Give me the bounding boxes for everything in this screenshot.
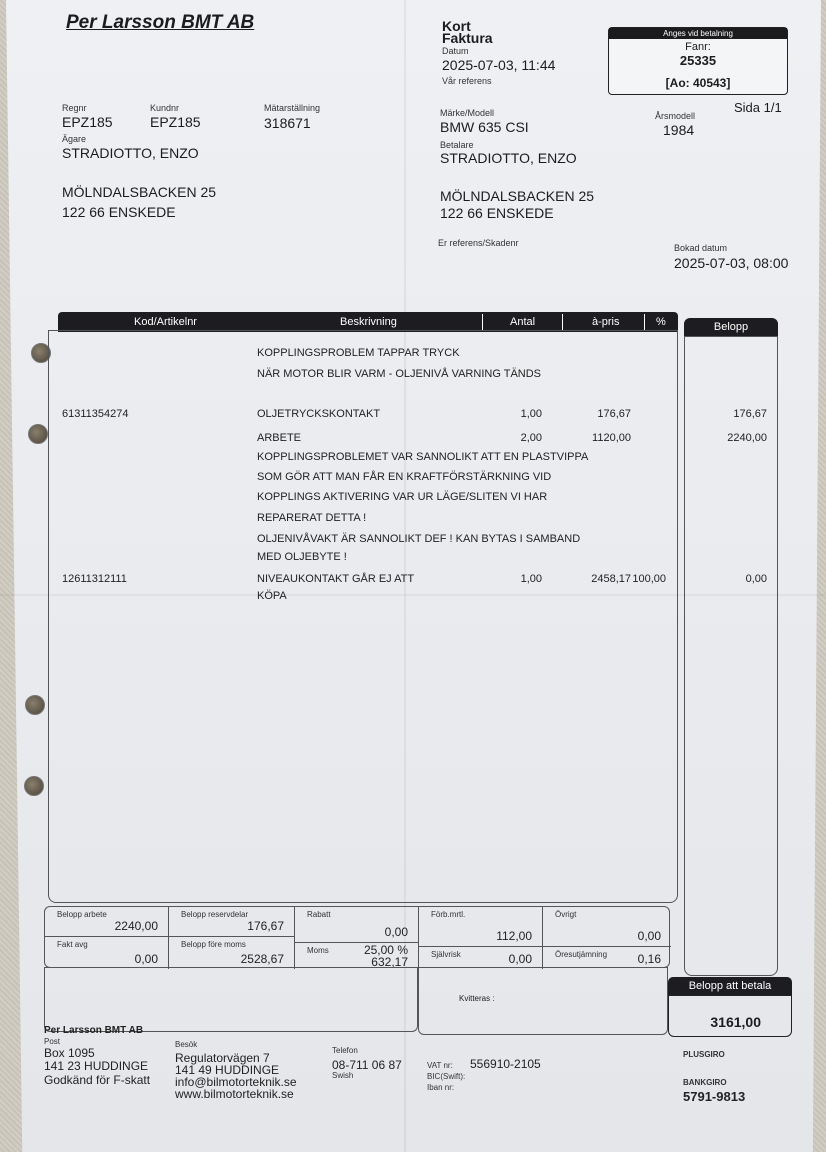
label: Övrigt: [555, 910, 576, 919]
divider: [562, 314, 563, 330]
item-description: OLJENIVÅVAKT ÄR SANNOLIKT DEF ! KAN BYTA…: [257, 533, 580, 545]
label: Belopp före moms: [181, 940, 246, 949]
punch-hole: [28, 424, 48, 444]
value: 0,00: [638, 929, 661, 943]
item-quantity: 2,00: [521, 432, 542, 444]
kundnr-value: EPZ185: [150, 114, 201, 130]
kvitteras-box: Kvitteras :: [418, 967, 668, 1035]
item-description: KOPPLINGSPROBLEM TAPPAR TRYCK: [257, 347, 460, 359]
bokad-label: Bokad datum: [674, 243, 727, 253]
cell-rabatt: Rabatt 0,00: [295, 907, 419, 943]
payer-city: 122 66 ENSKEDE: [440, 205, 554, 221]
item-discount: 100,00: [632, 573, 666, 585]
value: 2240,00: [115, 919, 158, 933]
item-description: MED OLJEBYTE !: [257, 551, 347, 563]
label: Rabatt: [307, 910, 331, 919]
item-description: KOPPLINGS AKTIVERING VAR UR LÄGE/SLITEN …: [257, 491, 547, 503]
payment-reference-box: Anges vid betalning Fanr: 25335 [Ao: 405…: [608, 27, 788, 95]
total-box: 3161,00: [668, 995, 792, 1037]
regnr-value: EPZ185: [62, 114, 113, 130]
item-quantity: 1,00: [521, 408, 542, 420]
fanr-label: Fanr:: [609, 41, 787, 53]
item-description: KÖPA: [257, 590, 287, 602]
item-unit-price: 1120,00: [592, 432, 631, 444]
matar-value: 318671: [264, 115, 311, 131]
value: 2528,67: [241, 952, 284, 966]
footer-company: Per Larsson BMT AB: [44, 1025, 143, 1036]
cell-belopp-arbete: Belopp arbete 2240,00: [45, 907, 169, 937]
ao-number: [Ao: 40543]: [609, 76, 787, 90]
fanr-value: 25335: [609, 53, 787, 68]
vat-value: 556910-2105: [470, 1057, 541, 1071]
label: Självrisk: [431, 950, 461, 959]
owner-city: 122 66 ENSKEDE: [62, 204, 176, 220]
web-link[interactable]: www.bilmotorteknik.se: [175, 1087, 294, 1101]
besok-label: Besök: [175, 1040, 197, 1049]
post-label: Post: [44, 1037, 60, 1046]
col-pct: %: [656, 316, 666, 328]
item-description: REPARERAT DETTA !: [257, 512, 366, 524]
label: Fakt avg: [57, 940, 88, 949]
payer-street: MÖLNDALSBACKEN 25: [440, 188, 594, 204]
item-code: 12611312111: [62, 573, 127, 585]
divider: [644, 314, 645, 330]
post-city: 141 23 HUDDINGE: [44, 1059, 148, 1073]
col-beskrivning: Beskrivning: [340, 316, 397, 328]
item-quantity: 1,00: [521, 573, 542, 585]
marke-label: Märke/Modell: [440, 108, 494, 118]
matar-label: Mätarställning: [264, 103, 320, 113]
datum-value: 2025-07-03, 11:44: [442, 57, 555, 73]
value: 0,00: [385, 925, 408, 939]
page-number: Sida 1/1: [734, 100, 782, 115]
total-amount: 3161,00: [710, 1014, 761, 1030]
bankgiro-value: 5791-9813: [683, 1089, 745, 1104]
payer-label: Betalare: [440, 140, 474, 150]
items-table-header: Kod/Artikelnr Beskrivning Antal à-pris %: [58, 312, 678, 332]
regnr-label: Regnr: [62, 103, 87, 113]
plusgiro-label: PLUSGIRO: [683, 1050, 725, 1059]
datum-label: Datum: [442, 46, 469, 56]
label: Belopp reservdelar: [181, 910, 248, 919]
punch-hole: [24, 776, 44, 796]
value: 0,16: [638, 952, 661, 966]
owner-street: MÖLNDALSBACKEN 25: [62, 184, 216, 200]
payment-box-title: Anges vid betalning: [609, 28, 787, 39]
item-description: NÄR MOTOR BLIR VARM - OLJENIVÅ VARNING T…: [257, 368, 541, 380]
label: Förb.mrtl.: [431, 910, 465, 919]
item-amount: 0,00: [746, 573, 767, 585]
cell-ovrigt: Övrigt 0,00: [543, 907, 671, 947]
marke-value: BMW 635 CSI: [440, 119, 529, 135]
arsmodell-value: 1984: [663, 122, 694, 138]
cell-forb: Förb.mrtl. 112,00: [419, 907, 543, 947]
cell-fakt-avg: Fakt avg 0,00: [45, 937, 169, 969]
company-name: Per Larsson BMT AB: [66, 12, 254, 34]
item-description: KOPPLINGSPROBLEMET VAR SANNOLIKT ATT EN …: [257, 451, 588, 463]
fskatt: Godkänd för F-skatt: [44, 1073, 150, 1087]
owner-name: STRADIOTTO, ENZO: [62, 145, 199, 161]
cell-fore-moms: Belopp före moms 2528,67: [169, 937, 295, 969]
cell-belopp-reservdelar: Belopp reservdelar 176,67: [169, 907, 295, 937]
col-antal: Antal: [510, 316, 535, 328]
vat-label: VAT nr:: [427, 1061, 453, 1070]
value: 0,00: [135, 952, 158, 966]
item-amount: 2240,00: [727, 432, 767, 444]
item-code: 61311354274: [62, 408, 128, 420]
bic-label: BIC(Swift):: [427, 1072, 465, 1081]
er-referens-label: Er referens/Skadenr: [438, 238, 519, 248]
punch-hole: [25, 695, 45, 715]
owner-label: Ägare: [62, 134, 86, 144]
col-belopp: Belopp: [684, 318, 778, 336]
iban-label: Iban nr:: [427, 1083, 454, 1092]
telefon-value: 08-711 06 87: [332, 1058, 402, 1072]
col-apris: à-pris: [592, 316, 620, 328]
label: Moms: [307, 946, 329, 955]
post-box: Box 1095: [44, 1046, 95, 1060]
item-description: ARBETE: [257, 432, 301, 444]
telefon-label: Telefon: [332, 1046, 358, 1055]
value: 0,00: [509, 952, 532, 966]
value: 176,67: [247, 919, 284, 933]
item-description: SOM GÖR ATT MAN FÅR EN KRAFTFÖRSTÄRKNING…: [257, 471, 551, 483]
cell-oresutj: Öresutjämning 0,16: [543, 947, 671, 969]
kundnr-label: Kundnr: [150, 103, 179, 113]
divider: [482, 314, 483, 330]
kvitteras-label: Kvitteras :: [459, 994, 495, 1003]
bokad-value: 2025-07-03, 08:00: [674, 255, 788, 271]
swish-label: Swish: [332, 1071, 353, 1080]
total-label: Belopp att betala: [668, 977, 792, 995]
notes-box: [44, 967, 418, 1032]
item-description: NIVEAUKONTAKT GÅR EJ ATT: [257, 573, 414, 585]
payer-name: STRADIOTTO, ENZO: [440, 150, 577, 166]
doc-type-line2: Faktura: [442, 30, 493, 46]
item-description: OLJETRYCKSKONTAKT: [257, 408, 380, 420]
item-unit-price: 2458,17: [591, 573, 631, 585]
var-referens-label: Vår referens: [442, 76, 492, 86]
label: Belopp arbete: [57, 910, 107, 919]
col-kod: Kod/Artikelnr: [134, 316, 197, 328]
summary-grid: Belopp arbete 2240,00 Belopp reservdelar…: [44, 906, 670, 968]
arsmodell-label: Årsmodell: [655, 111, 695, 121]
item-amount: 176,67: [733, 408, 767, 420]
label: Öresutjämning: [555, 950, 607, 959]
cell-sjalvrisk: Självrisk 0,00: [419, 947, 543, 969]
value: 112,00: [496, 929, 532, 943]
item-unit-price: 176,67: [597, 408, 631, 420]
bankgiro-label: BANKGIRO: [683, 1078, 727, 1087]
cell-moms: Moms 25,00 % 632,17: [295, 943, 419, 969]
